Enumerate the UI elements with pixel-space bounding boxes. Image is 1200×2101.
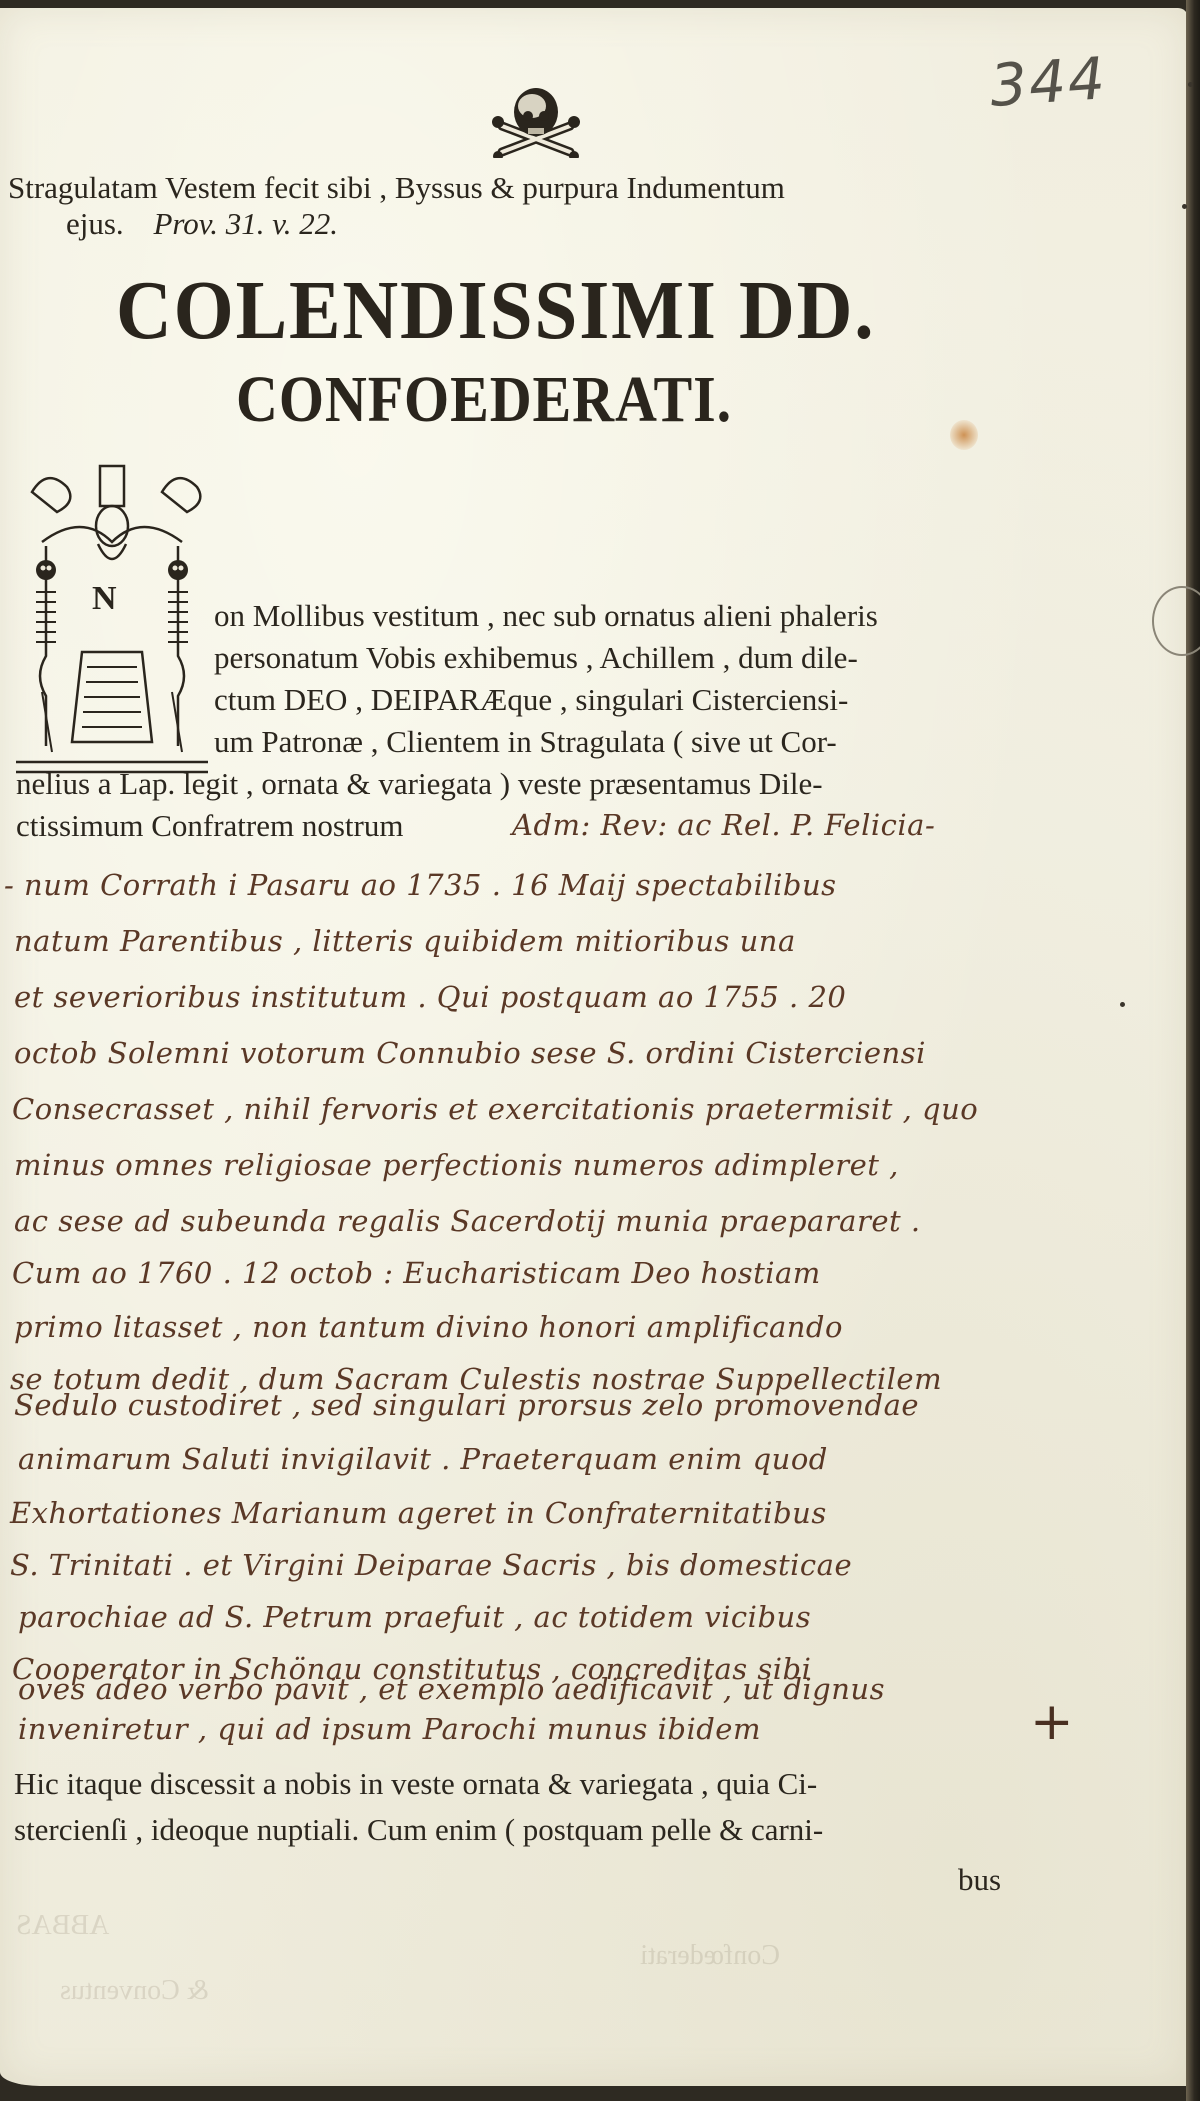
printed-line: nelius a Lap. legit , ornata & variegata… (16, 766, 823, 802)
drop-cap-letter: N (92, 580, 117, 618)
bleed-through-text: ABBAS (16, 1910, 109, 1942)
handwritten-line: oves adeo verbo pavit , et exemplo aedif… (18, 1672, 885, 1706)
ink-speck (1120, 1002, 1125, 1007)
skull-crossbones-icon (488, 82, 584, 158)
bible-citation: Prov. 31. v. 22. (153, 206, 338, 241)
printed-closing-line: stercienſi , ideoque nuptiali. Cum enim … (14, 1812, 823, 1848)
handwritten-line: ac sese ad subeunda regalis Sacerdotij m… (14, 1204, 921, 1238)
handwritten-line: Exhortationes Marianum ageret in Confrat… (10, 1496, 827, 1530)
printed-line: um Patronæ , Clientem in Stragulata ( si… (214, 724, 837, 760)
binding-edge (1186, 0, 1200, 2101)
handwritten-line: parochiae ad S. Petrum praefuit , ac tot… (18, 1600, 811, 1634)
handwritten-line: Sedulo custodiret , sed singulari prorsu… (14, 1388, 919, 1422)
printed-line: personatum Vobis exhibemus , Achillem , … (214, 640, 858, 676)
epigraph: Stragulatam Vestem fecit sibi , Byssus &… (8, 170, 1068, 242)
printed-line: ctissimum Confratrem nostrum (16, 808, 403, 844)
folio-number: 344 (988, 44, 1109, 120)
printed-closing-line: Hic itaque discessit a nobis in veste or… (14, 1766, 817, 1802)
handwritten-line: minus omnes religiosae perfectionis nume… (14, 1148, 899, 1182)
handwritten-line: Adm: Rev: ac Rel. P. Felicia- (512, 808, 935, 842)
handwritten-line: S. Trinitati . et Virgini Deiparae Sacri… (10, 1548, 852, 1582)
ink-speck (1188, 82, 1193, 87)
epigraph-line-1: Stragulatam Vestem fecit sibi , Byssus &… (8, 170, 1068, 206)
epigraph-line-2: ejus. Prov. 31. v. 22. (8, 206, 1068, 242)
page-title-line-2: CONFOEDERATI. (236, 362, 732, 438)
page-title-line-1: COLENDISSIMI DD. (116, 262, 875, 359)
handwritten-line: - num Corrath i Pasaru ao 1735 . 16 Maij… (4, 868, 837, 902)
ink-speck (1182, 204, 1187, 209)
handwritten-line: animarum Saluti invigilavit . Praeterqua… (18, 1442, 828, 1476)
handwritten-line: primo litasset , non tantum divino honor… (14, 1310, 843, 1344)
handwritten-line: et severioribus institutum . Qui postqua… (14, 980, 846, 1014)
woodcut-initial-icon (12, 462, 212, 780)
bleed-through-text: & Conventus (60, 1975, 209, 2007)
handwritten-line: Cum ao 1760 . 12 octob : Eucharisticam D… (12, 1256, 821, 1290)
handwritten-line: inveniretur , qui ad ipsum Parochi munus… (18, 1712, 761, 1746)
handwritten-line: natum Parentibus , litteris quibidem mit… (14, 924, 796, 958)
catchword: bus (958, 1862, 1001, 1898)
printed-line: on Mollibus vestitum , nec sub ornatus a… (214, 598, 878, 634)
foxing-stain (950, 420, 978, 450)
handwritten-cross-mark: + (1030, 1692, 1074, 1752)
bleed-through-text: Confœderati (640, 1940, 780, 1972)
handwritten-line: Consecrasset , nihil fervoris et exercit… (12, 1092, 978, 1126)
epigraph-word: ejus. (66, 206, 124, 241)
handwritten-line: octob Solemni votorum Connubio sese S. o… (14, 1036, 926, 1070)
printed-line: ctum DEO , DEIPARÆque , singulari Cister… (214, 682, 848, 718)
